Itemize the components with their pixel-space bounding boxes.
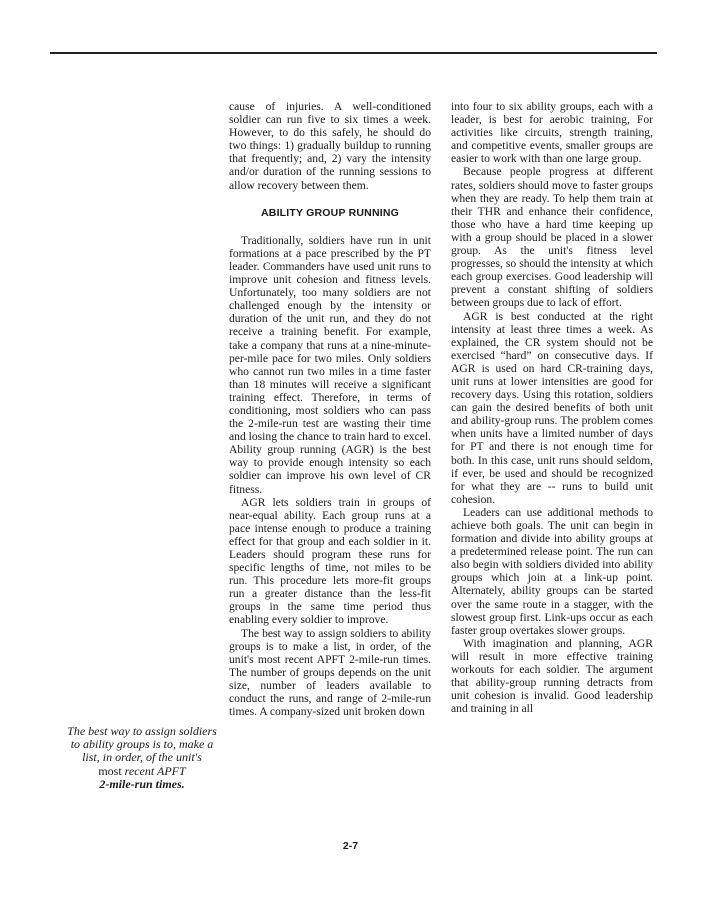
body-paragraph: Leaders can use additional methods to ac… [451,506,653,637]
pull-quote-bold: 2-mile-run times. [99,777,184,791]
body-paragraph: Because people progress at different rat… [451,165,653,309]
body-paragraph: The best way to assign soldiers to abili… [229,627,431,719]
left-column: cause of injuries. A well-conditioned so… [229,100,431,718]
body-paragraph: AGR lets soldiers train in groups of nea… [229,496,431,627]
body-paragraph: AGR is best conducted at the right inten… [451,310,653,506]
page-number: 2-7 [0,840,701,852]
body-paragraph: With imagination and planning, AGR will … [451,637,653,716]
intro-paragraph: cause of injuries. A well-conditioned so… [229,100,431,192]
section-heading: ABILITY GROUP RUNNING [229,207,431,220]
right-column: into four to six ability groups, each wi… [451,100,653,715]
body-paragraph: Traditionally, soldiers have run in unit… [229,234,431,496]
pull-quote-text: The best way to assign soldiers to abili… [67,724,217,764]
pull-quote: The best way to assign soldiers to abili… [62,725,222,791]
header-rule [50,52,657,54]
continuation-paragraph: into four to six ability groups, each wi… [451,100,653,165]
pull-quote-text: recent APFT [125,764,186,778]
pull-quote-plain: most [98,764,121,778]
